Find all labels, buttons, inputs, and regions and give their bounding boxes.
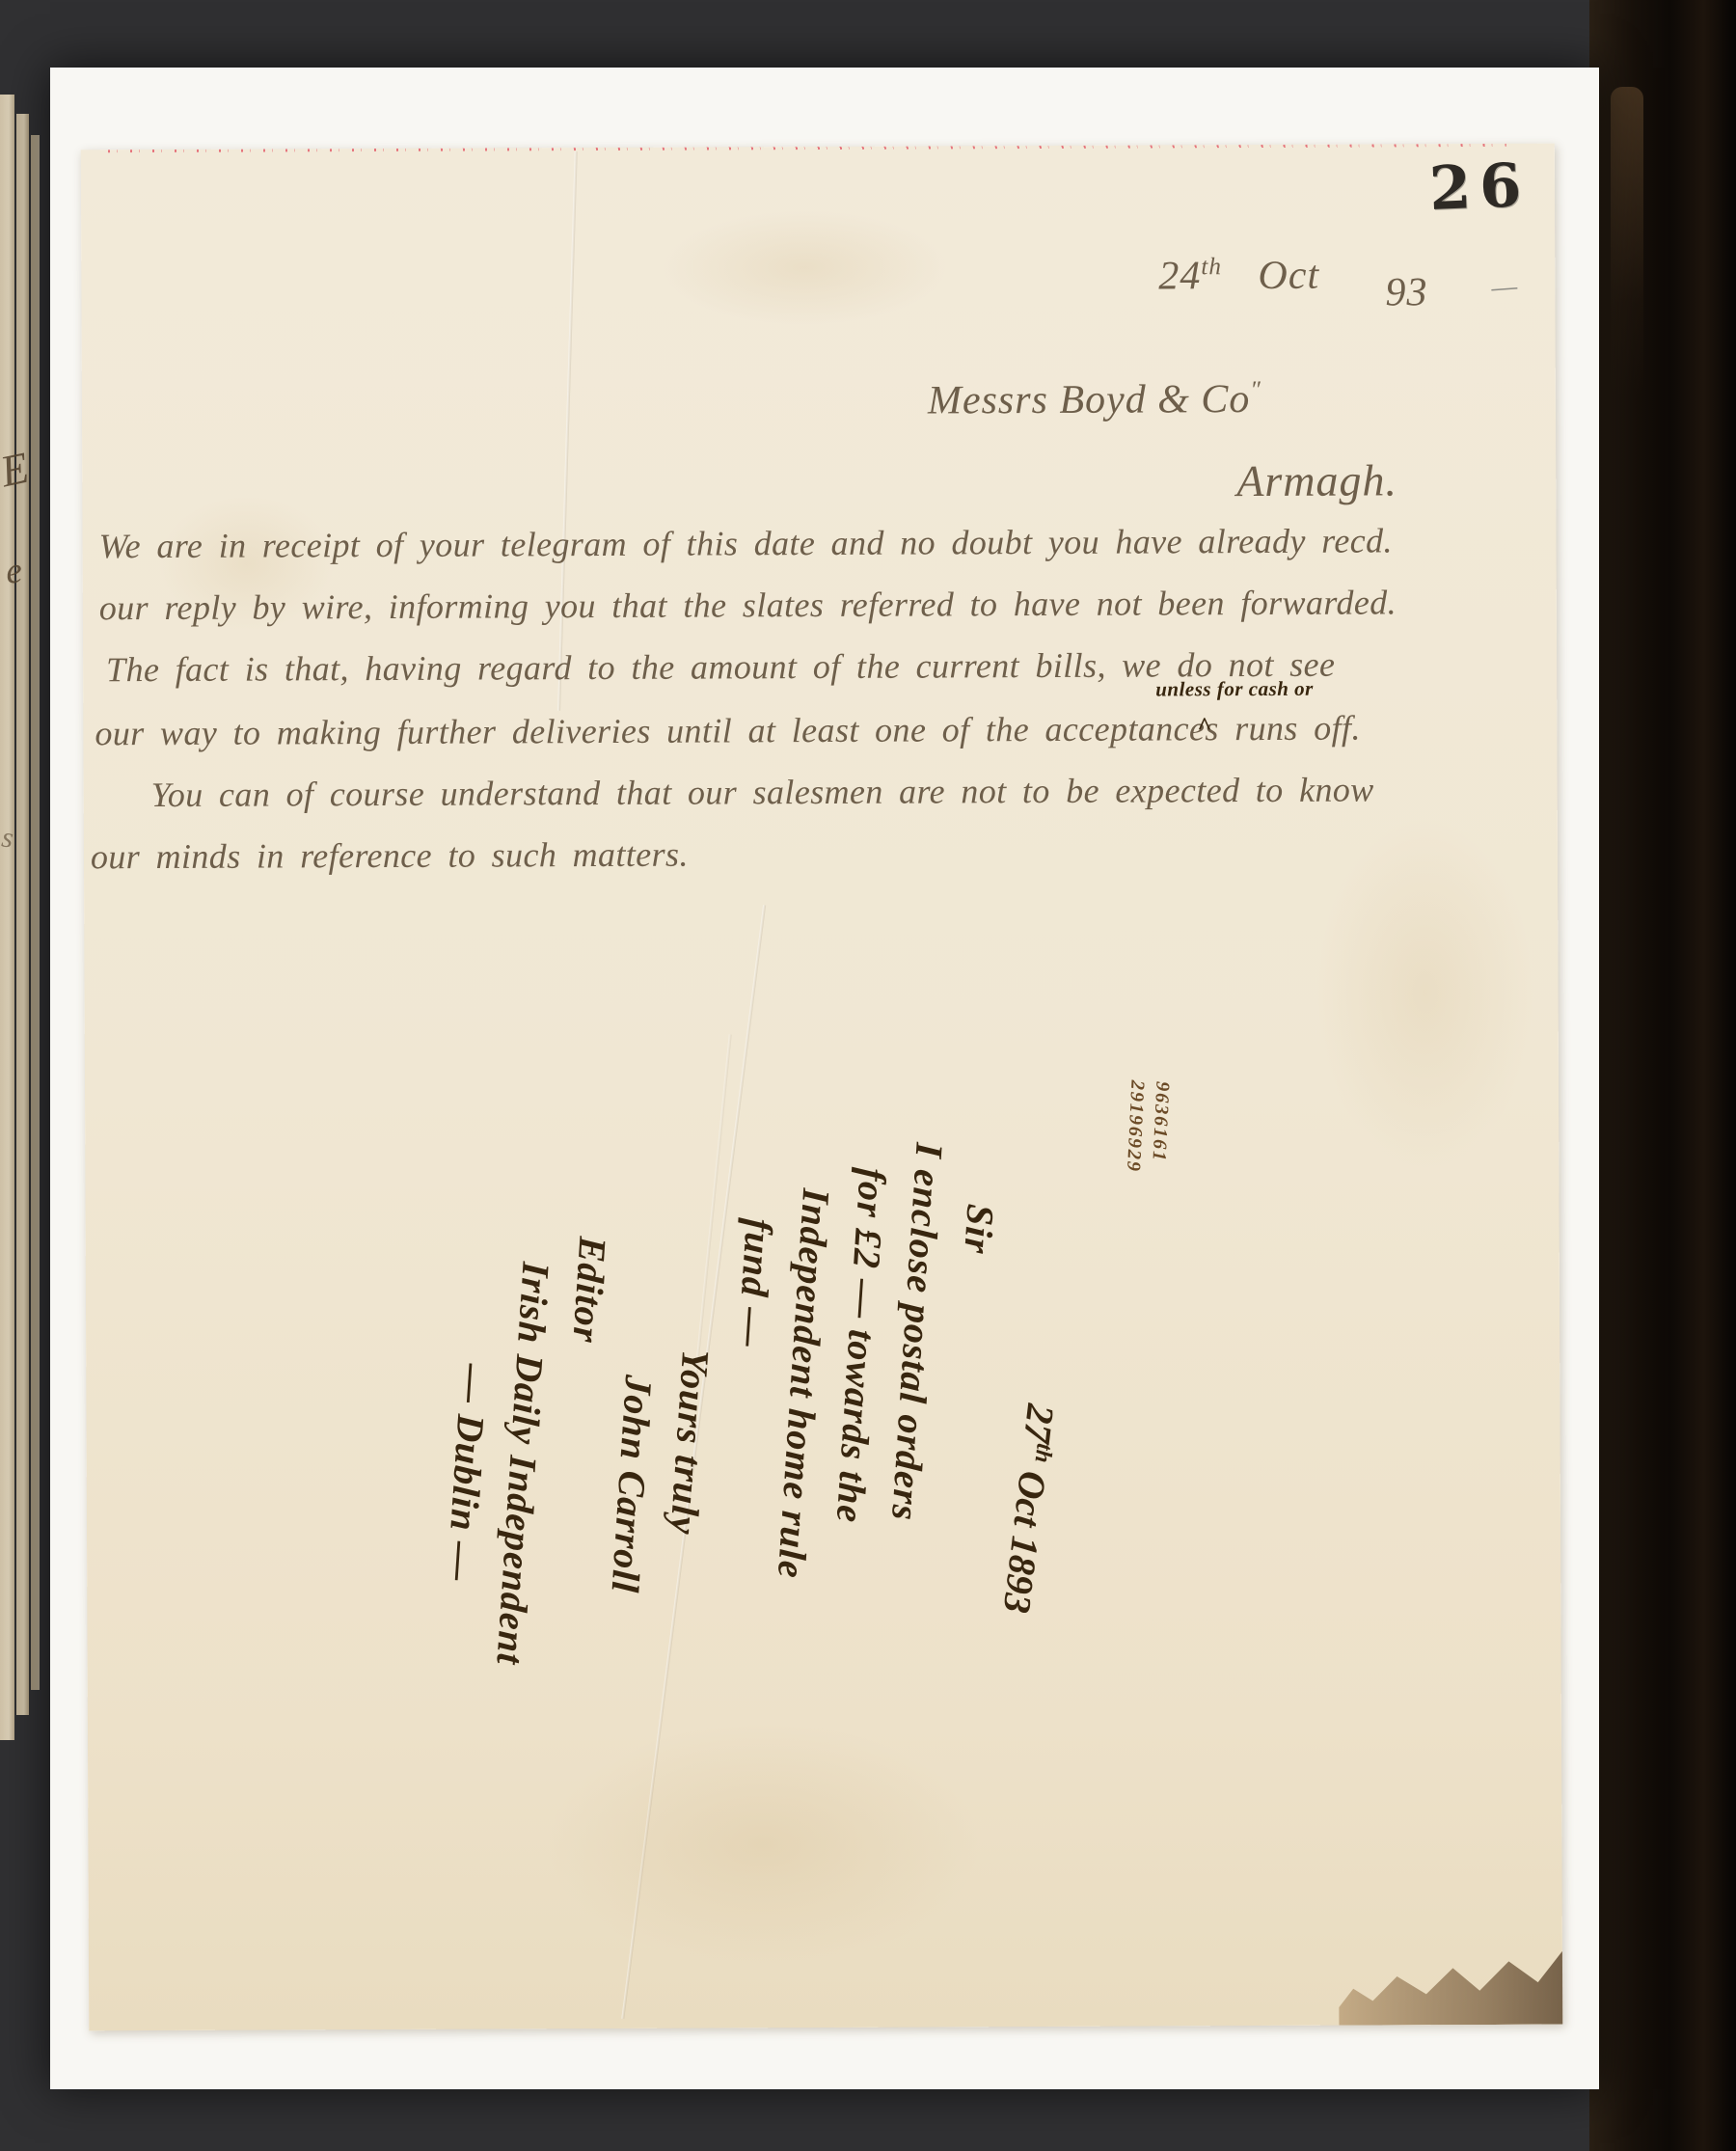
paper-crease — [557, 151, 578, 711]
letter-page: 26 24th Oct 93 — Messrs Boyd & Co″ Armag… — [81, 144, 1562, 2031]
rot-date-day-suffix: th — [1030, 1442, 1057, 1464]
insertion-caret: ^ — [1197, 712, 1211, 741]
rot-date-day: 27 — [1016, 1402, 1063, 1445]
body-line-5: You can of course understand that our sa… — [151, 769, 1374, 815]
date-day-suffix: th — [1201, 254, 1222, 280]
paper-stain — [454, 1670, 1073, 2020]
book-spine-highlight — [1611, 87, 1643, 395]
body-line-6: our minds in reference to such matters. — [91, 834, 689, 878]
pencil-dash: — — [1490, 270, 1516, 305]
paper-stain — [602, 184, 1008, 350]
body-line-3: The fact is that, having regard to the a… — [106, 644, 1335, 691]
date-month: Oct — [1258, 254, 1319, 298]
rotated-note-date: 27th Oct 1893 — [994, 1402, 1064, 1616]
letter-year: 93 — [1385, 269, 1427, 315]
page-edge-strip — [31, 135, 40, 1690]
body-line-4: our way to making further deliveries unt… — [95, 708, 1361, 754]
page-edges-stack: E e s — [0, 89, 52, 1757]
interline-insertion: unless for cash or — [1155, 677, 1314, 702]
folio-number-stamp: 26 — [1428, 150, 1532, 224]
rotated-ink-jottings: 9636161 29196929 — [1121, 1079, 1176, 1174]
body-line-2: our reply by wire, informing you that th… — [99, 582, 1397, 628]
recipient-address: Armagh. — [1236, 454, 1397, 506]
recipient-line: Messrs Boyd & Co″ — [928, 376, 1261, 424]
jotting-line: 29196929 — [1121, 1079, 1151, 1173]
date-day: 24 — [1158, 254, 1201, 298]
scanned-letterbook-page: E e s 26 24th Oct 93 — Messrs Boyd & Co″… — [0, 0, 1736, 2151]
jotting-line: 9636161 — [1146, 1081, 1176, 1175]
page-edge-strip — [16, 114, 29, 1715]
letter-date: 24th Oct — [1158, 253, 1319, 300]
torn-stained-corner — [1339, 1944, 1562, 2026]
recipient-name: Messrs Boyd & Co — [928, 377, 1251, 422]
body-line-1: We are in receipt of your telegram of th… — [98, 520, 1392, 566]
rot-date-rest: Oct 1893 — [995, 1469, 1055, 1616]
recipient-ditto-mark: ″ — [1250, 377, 1261, 403]
page-edge-strip — [0, 95, 14, 1740]
paper-stain — [1269, 742, 1562, 1244]
rotated-enclosure-note: Sir I enclose postal orders for £2 — tow… — [427, 1112, 1012, 1696]
